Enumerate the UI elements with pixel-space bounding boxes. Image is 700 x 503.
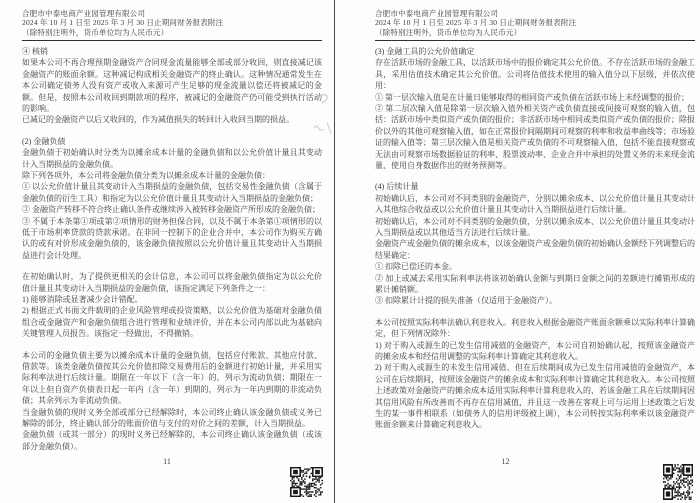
paragraph: ① 扣除已偿还的本金。 bbox=[375, 261, 695, 272]
paragraph: ② 金融资产转移不符合终止确认条件或继续涉入被转移金融资产所形成的金融负债； bbox=[22, 204, 322, 215]
paragraph: 除下列各项外，本公司将金融负债分类为以摊余成本计量的金融负债： bbox=[22, 170, 322, 181]
paragraph: 当金融负债的现时义务全部或部分已经解除时，本公司终止确认该金融负债或义务已解除的… bbox=[22, 407, 322, 430]
page-12-inner: 合肥市中泰电商产业园管理有限公司 2024 年 10 月 1 日至 2025 年… bbox=[375, 9, 695, 431]
paragraph: ① 以公允价值计量且其变动计入当期损益的金融负债，包括交易性金融负债（含属于金融… bbox=[22, 181, 322, 204]
paragraph: ① 第一层次输入值是在计量日能够取得的相同资产或负债在活跃市场上未经调整的报价； bbox=[375, 92, 695, 103]
paragraph: 本公司按照实际利率法确认利息收入。利息收入根据金融资产账面余额乘以实际利率计算确… bbox=[375, 317, 695, 340]
paragraph: 1) 对于购入或源生的已发生信用减值的金融资产，本公司自初始确认起，按照该金融资… bbox=[375, 340, 695, 363]
page-11-inner: 合肥市中泰电商产业园管理有限公司 2024 年 10 月 1 日至 2025 年… bbox=[22, 9, 322, 452]
paragraph: 如果本公司不再合理预期金融资产合同现金流量能够全部或部分收回，则直接减记该金融资… bbox=[22, 57, 322, 114]
page-12: 合肥市中泰电商产业园管理有限公司 2024 年 10 月 1 日至 2025 年… bbox=[335, 0, 700, 503]
document-scan: 合肥市中泰电商产业园管理有限公司 2024 年 10 月 1 日至 2025 年… bbox=[0, 0, 700, 503]
paragraph: 2) 对于购入或源生的未发生信用减值、但在后续期间成为已发生信用减值的金融资产，… bbox=[375, 362, 695, 430]
paragraph: 2) 根据正式书面文件载明的企业风险管理或投资策略，以公允价值为基础对金融负债组… bbox=[22, 305, 322, 339]
paragraph: 在初始确认时，为了提供更相关的会计信息，本公司可以将金融负债指定为以公允价值计量… bbox=[22, 271, 322, 294]
doc-header: 合肥市中泰电商产业园管理有限公司 2024 年 10 月 1 日至 2025 年… bbox=[375, 9, 695, 41]
paragraph: 1) 能够消除或显著减少会计错配。 bbox=[22, 294, 322, 305]
page-11: 合肥市中泰电商产业园管理有限公司 2024 年 10 月 1 日至 2025 年… bbox=[0, 0, 335, 503]
paragraph: ② 第二层次输入值是除第一层次输入值外相关资产或负债直接或间接可观察的输入值，包… bbox=[375, 103, 695, 171]
page-number: 12 bbox=[323, 457, 688, 466]
report-period: 2024 年 10 月 1 日至 2025 年 3 月 30 日止期间财务报表附… bbox=[375, 18, 695, 27]
paragraph bbox=[375, 171, 695, 181]
paragraph: 金融负债于初始确认时分类为以摊余成本计量的金融负债和以公允价值计量且其变动计入当… bbox=[22, 147, 322, 170]
qr-code-icon bbox=[290, 467, 323, 497]
paragraph bbox=[22, 340, 322, 350]
currency-note: （除特别注明外，货币单位均为人民币元） bbox=[375, 28, 695, 37]
paragraph: 金融资产或金融负债的摊余成本，以该金融资产或金融负债的初始确认金额经下列调整后的… bbox=[375, 238, 695, 261]
report-period: 2024 年 10 月 1 日至 2025 年 3 月 30 日止期间财务报表附… bbox=[22, 18, 322, 27]
paragraph: ③ 不属于本条第①项或第②项情形的财务担保合同，以及不属于本条第①项情形的以低于… bbox=[22, 216, 322, 262]
company-name: 合肥市中泰电商产业园管理有限公司 bbox=[375, 9, 695, 18]
paragraph: 金融负债（或其一部分）的现时义务已经解除的，本公司终止确认该金融负债（或该部分金… bbox=[22, 429, 322, 452]
paragraph: 本公司的金融负债主要为以摊余成本计量的金融负债，包括应付账款、其他应付款、借款等… bbox=[22, 350, 322, 407]
paragraph: 存在活跃市场的金融工具，以活跃市场中的报价确定其公允价值。不存在活跃市场的金融工… bbox=[375, 57, 695, 91]
paragraph: ③ 扣除累计计提的损失准备（仅适用于金融资产）。 bbox=[375, 295, 695, 306]
currency-note: （除特别注明外，货币单位均为人民币元） bbox=[22, 28, 322, 37]
page-12-body: (3) 金融工具的公允价值确定存在活跃市场的金融工具，以活跃市场中的报价确定其公… bbox=[375, 46, 695, 431]
paragraph: ② 加上或减去采用实际利率法将该初始确认金额与到期日金额之间的差额进行摊销形成的… bbox=[375, 273, 695, 296]
doc-header: 合肥市中泰电商产业园管理有限公司 2024 年 10 月 1 日至 2025 年… bbox=[22, 9, 322, 41]
paragraph: 初始确认后，本公司对不同类别的金融负债，分别以摊余成本、以公允价值计量且其变动计… bbox=[375, 216, 695, 239]
paragraph: (2) 金融负债 bbox=[22, 136, 322, 147]
paragraph: (4) 后续计量 bbox=[375, 181, 695, 192]
paragraph: 初始确认后，本公司对不同类别的金融资产，分别以摊余成本、以公允价值计量且其变动计… bbox=[375, 193, 695, 216]
paragraph: (3) 金融工具的公允价值确定 bbox=[375, 46, 695, 57]
page-11-body: ④ 核销如果本公司不再合理预期金融资产合同现金流量能够全部或部分收回，则直接减记… bbox=[22, 46, 322, 452]
paragraph bbox=[375, 307, 695, 317]
paragraph bbox=[22, 261, 322, 271]
paragraph: ④ 核销 bbox=[22, 46, 322, 57]
qr-code-icon bbox=[663, 464, 693, 500]
paragraph: 已减记的金融资产以后又收回的，作为减值损失的转回计入收回当期的损益。 bbox=[22, 114, 322, 125]
page-number: 11 bbox=[0, 457, 334, 466]
pencil-scribble-icon bbox=[310, 88, 336, 148]
company-name: 合肥市中泰电商产业园管理有限公司 bbox=[22, 9, 322, 18]
paragraph bbox=[22, 126, 322, 136]
